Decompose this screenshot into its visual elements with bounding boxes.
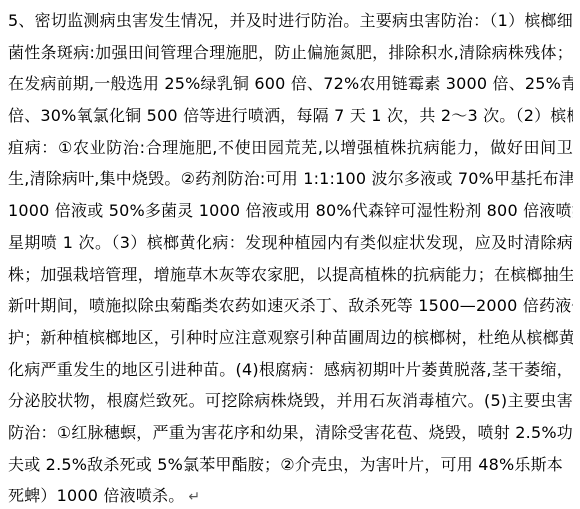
text-line: 夫或 2.5%敌杀死或 5%氯苯甲酯胺；②介壳虫，为害叶片，可用 48%乐斯本（… bbox=[8, 449, 573, 481]
text-line: 防治：①红脉穗螟，严重为害花序和幼果，清除受害花苞、烧毁，喷射 2.5%功 bbox=[8, 417, 573, 449]
text-line: 1000 倍液或 50%多菌灵 1000 倍液或用 80%代森锌可湿性粉剂 80… bbox=[8, 195, 573, 227]
text-line: 菌性条斑病:加强田间管理合理施肥，防止偏施氮肥，排除积水,清除病株残体； bbox=[8, 37, 573, 69]
document-page: 5、密切监测病虫害发生情况，并及时进行防治。主要病虫害防治：（1）槟榔细 菌性条… bbox=[0, 0, 580, 509]
text-line: 新叶期间，喷施拟除虫菊酯类农药如速灭杀丁、敌杀死等 1500—2000 倍药液保 bbox=[8, 290, 573, 322]
text-line-last: 死蜱）1000 倍液喷杀。↵ bbox=[8, 480, 573, 509]
text-line: 化病严重发生的地区引进种苗。(4)根腐病：感病初期叶片萎黄脱落,茎干萎缩， bbox=[8, 354, 573, 386]
text-line: 分泌胶状物，根腐烂致死。可挖除病株烧毁，并用石灰消毒植穴。(5)主要虫害 bbox=[8, 385, 573, 417]
text-line: 护；新种植槟榔地区，引种时应注意观察引种苗圃周边的槟榔树，杜绝从槟榔黄 bbox=[8, 322, 573, 354]
text-line: 疽病：①农业防治:合理施肥,不使田园荒芜,以增强植株抗病能力，做好田间卫 bbox=[8, 132, 573, 164]
text-line: 星期喷 1 次。（3）槟榔黄化病：发现种植园内有类似症状发现，应及时清除病 bbox=[8, 227, 573, 259]
text-line: 倍、30%氧氯化铜 500 倍等进行喷洒，每隔 7 天 1 次，共 2～3 次。… bbox=[8, 100, 573, 132]
text-line: 株；加强栽培管理，增施草木灰等农家肥，以提高植株的抗病能力；在槟榔抽生 bbox=[8, 259, 573, 291]
text-line: 在发病前期,一般选用 25%绿乳铜 600 倍、72%农用链霉素 3000 倍、… bbox=[8, 68, 573, 100]
text-line: 生,清除病叶,集中烧毁。②药剂防治:可用 1:1:100 波尔多液或 70%甲基… bbox=[8, 163, 573, 195]
text-line-last-content: 死蜱）1000 倍液喷杀。 bbox=[8, 486, 184, 505]
text-line: 5、密切监测病虫害发生情况，并及时进行防治。主要病虫害防治：（1）槟榔细 bbox=[8, 5, 573, 37]
paragraph-return-icon: ↵ bbox=[184, 489, 200, 505]
